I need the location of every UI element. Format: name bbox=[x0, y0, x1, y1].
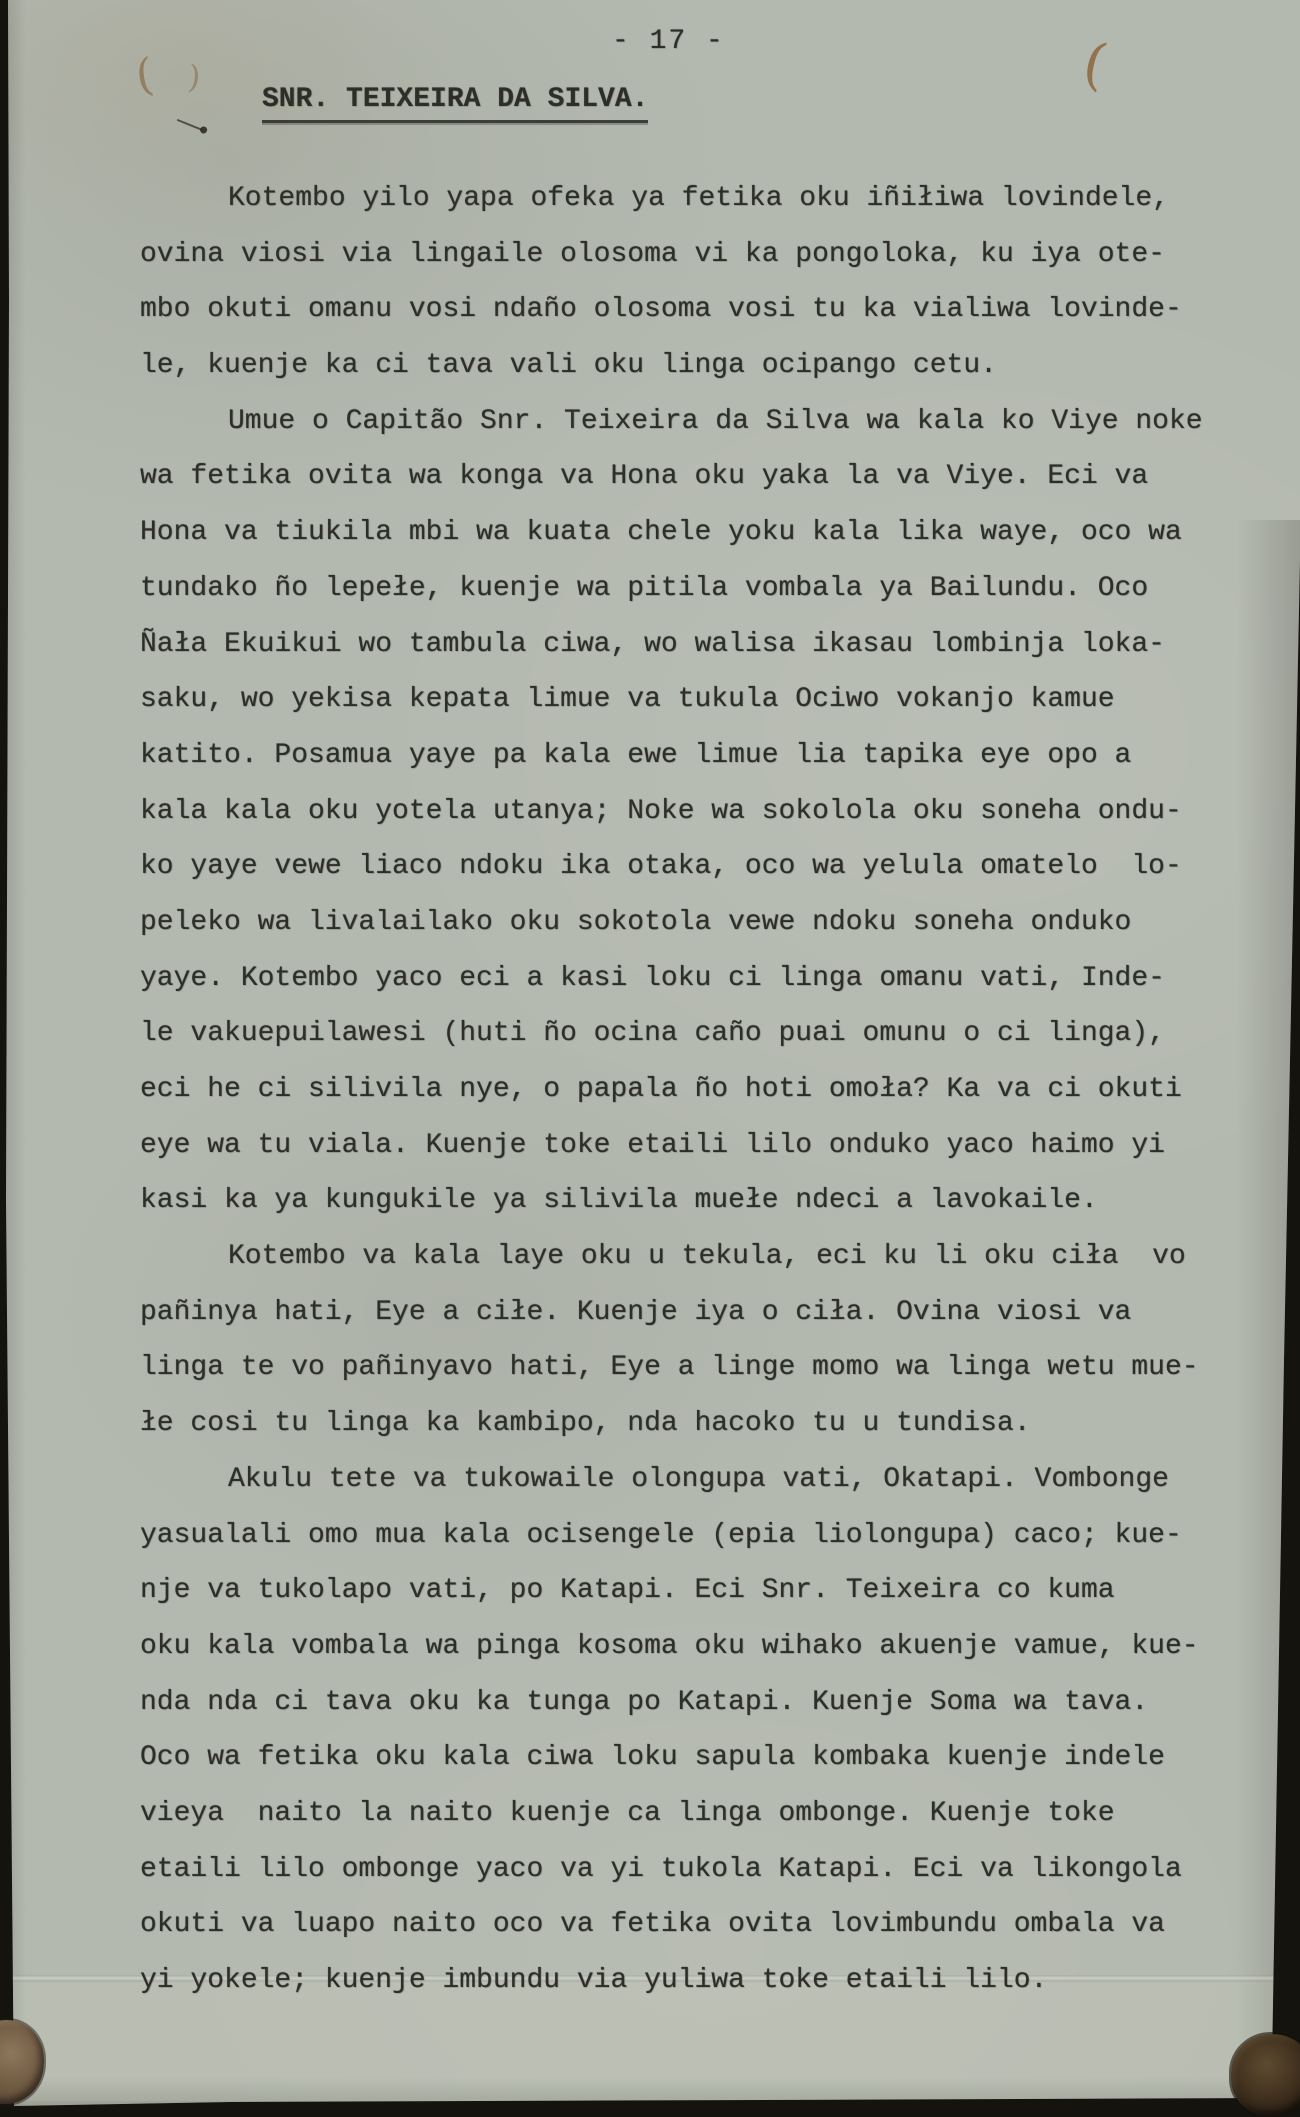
text-line: eci he ci silivila nye, o papala ño hoti… bbox=[140, 1062, 1220, 1118]
text-line: mbo okuti omanu vosi ndaño olosoma vosi … bbox=[140, 282, 1220, 338]
text-line: kala kala oku yotela utanya; Noke wa sok… bbox=[140, 784, 1220, 840]
text-line: etaili lilo ombonge yaco va yi tukola Ka… bbox=[140, 1842, 1220, 1898]
text-line: peleko wa livalailako oku sokotola vewe … bbox=[140, 895, 1220, 951]
scanned-page-canvas: ( ) ( - 17 - SNR. TEIXEIRA DA SILVA. Kot… bbox=[0, 0, 1300, 2117]
text-line: linga te vo pañinyavo hati, Eye a linge … bbox=[140, 1340, 1220, 1396]
text-line: Ñała Ekuikui wo tambula ciwa, wo walisa … bbox=[140, 617, 1220, 673]
text-line: wa fetika ovita wa konga va Hona oku yak… bbox=[140, 449, 1220, 505]
text-line: okuti va luapo naito oco va fetika ovita… bbox=[140, 1897, 1220, 1953]
document-heading: SNR. TEIXEIRA DA SILVA. bbox=[262, 84, 648, 123]
text-line: Kotembo yilo yapa ofeka ya fetika oku iñ… bbox=[140, 171, 1220, 227]
text-line: eye wa tu viala. Kuenje toke etaili lilo… bbox=[140, 1118, 1220, 1174]
text-line: le, kuenje ka ci tava vali oku linga oci… bbox=[140, 338, 1220, 394]
pen-mark-left-close-paren: ) bbox=[186, 57, 202, 96]
text-line: ko yaye vewe liaco ndoku ika otaka, oco … bbox=[140, 839, 1220, 895]
text-line: nje va tukolapo vati, po Katapi. Eci Snr… bbox=[140, 1563, 1220, 1619]
text-line: Hona va tiukila mbi wa kuata chele yoku … bbox=[140, 505, 1220, 561]
text-line: Kotembo va kala laye oku u tekula, eci k… bbox=[140, 1229, 1220, 1285]
paper-right-edge-shadow bbox=[1236, 520, 1300, 2117]
text-line: nda nda ci tava oku ka tunga po Katapi. … bbox=[140, 1675, 1220, 1731]
paper-left-edge-shadow bbox=[0, 0, 26, 2117]
text-line: katito. Posamua yaye pa kala ewe limue l… bbox=[140, 728, 1220, 784]
text-line: Oco wa fetika oku kala ciwa loku sapula … bbox=[140, 1730, 1220, 1786]
text-line: ovina viosi via lingaile olosoma vi ka p… bbox=[140, 227, 1220, 283]
binding-knob-bottom-right bbox=[1231, 2034, 1300, 2116]
text-line: yasualali omo mua kala ocisengele (epia … bbox=[140, 1508, 1220, 1564]
text-line: pañinya hati, Eye a ciłe. Kuenje iya o c… bbox=[140, 1285, 1220, 1341]
ink-fleck bbox=[177, 119, 204, 131]
text-line: Umue o Capitão Snr. Teixeira da Silva wa… bbox=[140, 394, 1220, 450]
text-line: oku kala vombala wa pinga kosoma oku wih… bbox=[140, 1619, 1220, 1675]
pen-mark-left-open-paren: ( bbox=[133, 49, 157, 102]
text-line: vieya naito la naito kuenje ca linga omb… bbox=[140, 1786, 1220, 1842]
text-line: yaye. Kotembo yaco eci a kasi loku ci li… bbox=[140, 951, 1220, 1007]
page-number: - 17 - bbox=[612, 26, 725, 57]
pen-mark-right-open-paren: ( bbox=[1077, 30, 1112, 98]
text-body: Kotembo yilo yapa ofeka ya fetika oku iñ… bbox=[140, 171, 1220, 2009]
text-line: yi yokele; kuenje imbundu via yuliwa tok… bbox=[140, 1953, 1220, 2009]
text-line: tundako ño lepełe, kuenje wa pitila vomb… bbox=[140, 561, 1220, 617]
text-line: Akulu tete va tukowaile olongupa vati, O… bbox=[140, 1452, 1220, 1508]
text-line: le vakuepuilawesi (huti ño ocina caño pu… bbox=[140, 1006, 1220, 1062]
text-line: łe cosi tu linga ka kambipo, nda hacoko … bbox=[140, 1396, 1220, 1452]
text-line: saku, wo yekisa kepata limue va tukula O… bbox=[140, 672, 1220, 728]
paper-sheet: ( ) ( - 17 - SNR. TEIXEIRA DA SILVA. Kot… bbox=[0, 0, 1300, 2117]
text-line: kasi ka ya kungukile ya silivila muełe n… bbox=[140, 1173, 1220, 1229]
